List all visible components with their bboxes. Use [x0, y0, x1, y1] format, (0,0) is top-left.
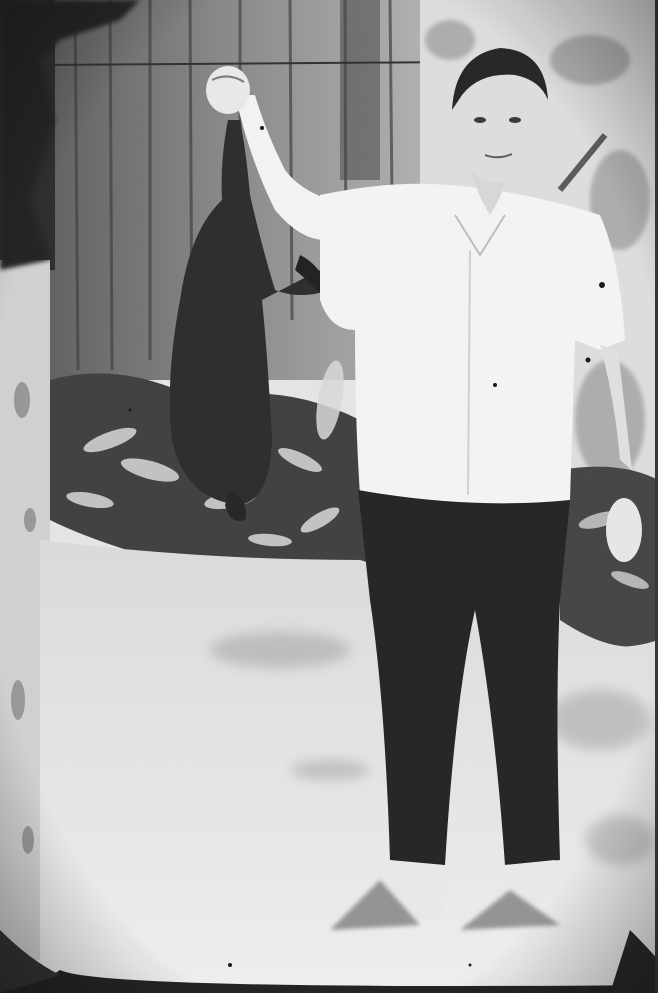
vintage-photograph [0, 0, 658, 993]
film-grain [0, 0, 658, 993]
photo-canvas [0, 0, 658, 993]
